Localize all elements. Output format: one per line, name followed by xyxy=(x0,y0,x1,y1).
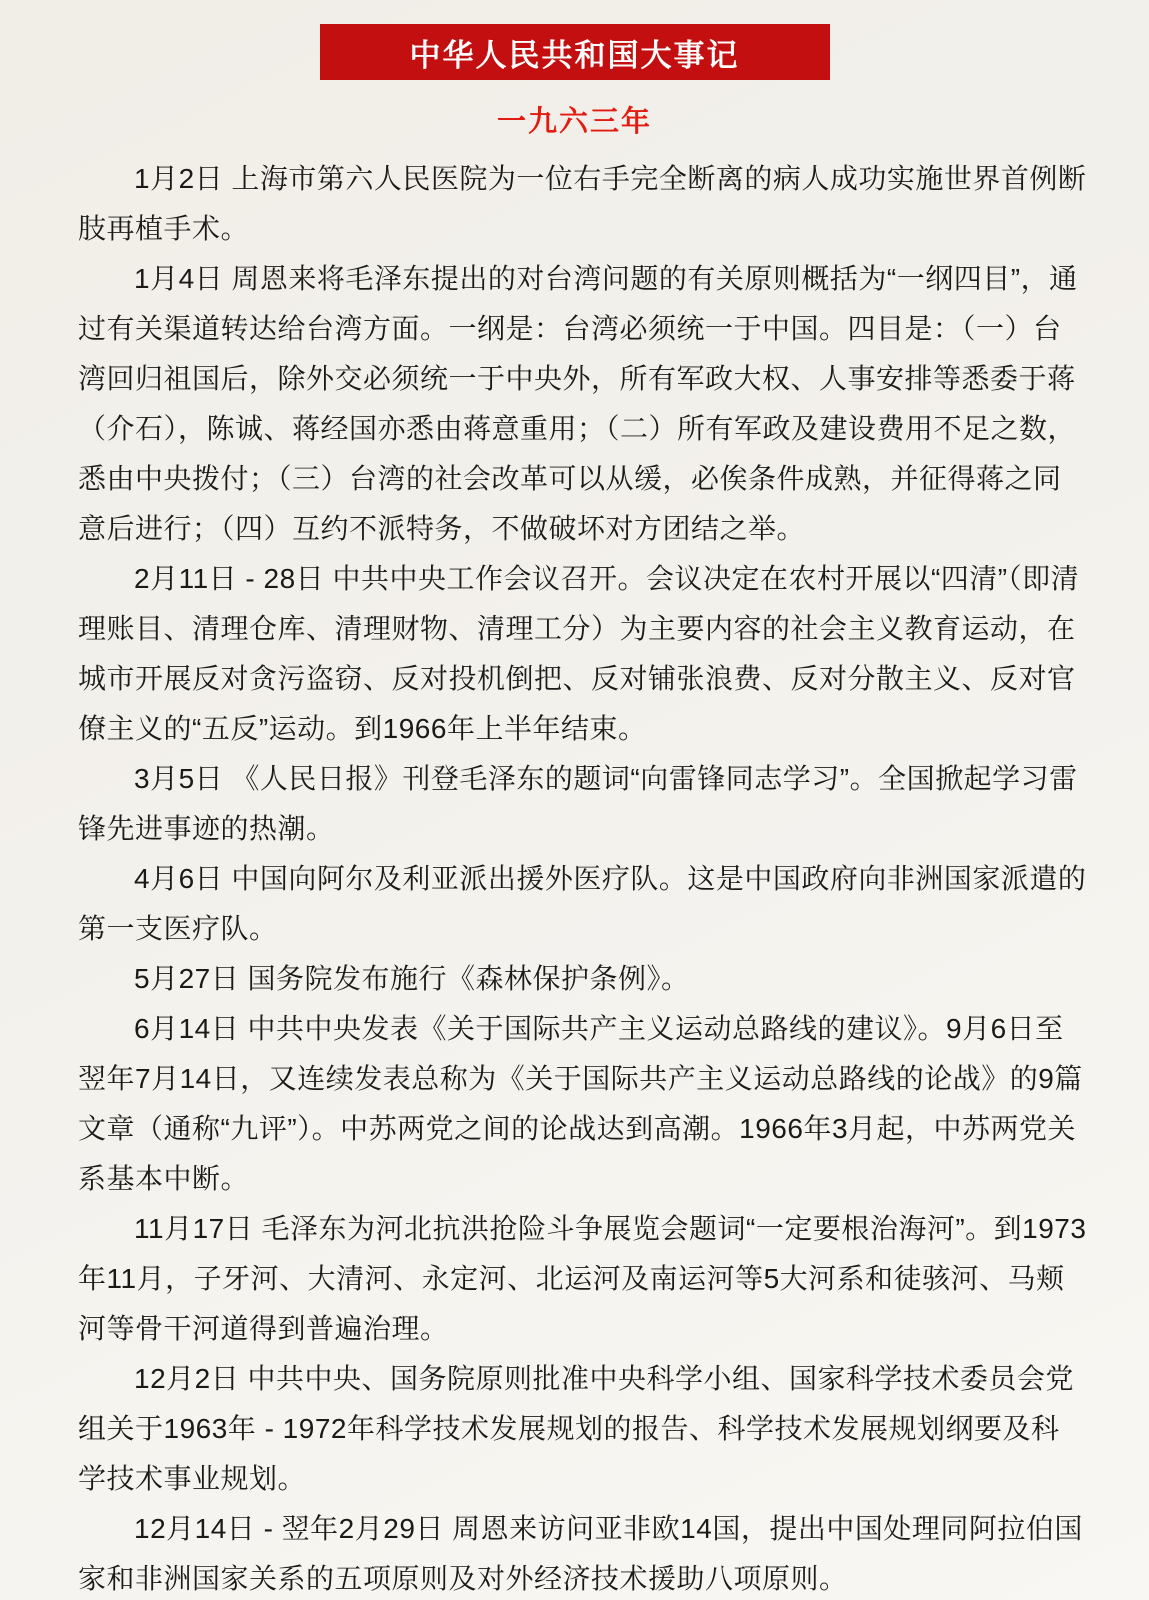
title-banner: 中华人民共和国大事记 xyxy=(320,24,830,80)
event-paragraph: 12月14日 - 翌年2月29日 周恩来访问亚非欧14国，提出中国处理同阿拉伯国… xyxy=(78,1504,1087,1600)
event-paragraph: 11月17日 毛泽东为河北抗洪抢险斗争展览会题词“一定要根治海河”。到1973年… xyxy=(78,1204,1087,1354)
event-paragraph: 1月4日 周恩来将毛泽东提出的对台湾问题的有关原则概括为“一纲四目”，通过有关渠… xyxy=(78,254,1087,554)
event-paragraph: 3月5日 《人民日报》刊登毛泽东的题词“向雷锋同志学习”。全国掀起学习雷锋先进事… xyxy=(78,754,1087,854)
event-paragraph: 5月27日 国务院发布施行《森林保护条例》。 xyxy=(78,954,1087,1004)
document-page: 中华人民共和国大事记 一九六三年 1月2日 上海市第六人民医院为一位右手完全断离… xyxy=(0,0,1149,1600)
event-paragraph: 1月2日 上海市第六人民医院为一位右手完全断离的病人成功实施世界首例断肢再植手术… xyxy=(78,154,1087,254)
event-paragraph: 2月11日 - 28日 中共中央工作会议召开。会议决定在农村开展以“四清”（即清… xyxy=(78,554,1087,754)
year-heading: 一九六三年 xyxy=(0,107,1149,137)
event-paragraph: 12月2日 中共中央、国务院原则批准中央科学小组、国家科学技术委员会党组关于19… xyxy=(78,1354,1087,1504)
event-paragraph: 4月6日 中国向阿尔及利亚派出援外医疗队。这是中国政府向非洲国家派遣的第一支医疗… xyxy=(78,854,1087,954)
title-banner-text: 中华人民共和国大事记 xyxy=(410,30,740,75)
event-paragraph: 6月14日 中共中央发表《关于国际共产主义运动总路线的建议》。9月6日至翌年7月… xyxy=(78,1004,1087,1204)
document-body: 1月2日 上海市第六人民医院为一位右手完全断离的病人成功实施世界首例断肢再植手术… xyxy=(0,154,1149,1600)
